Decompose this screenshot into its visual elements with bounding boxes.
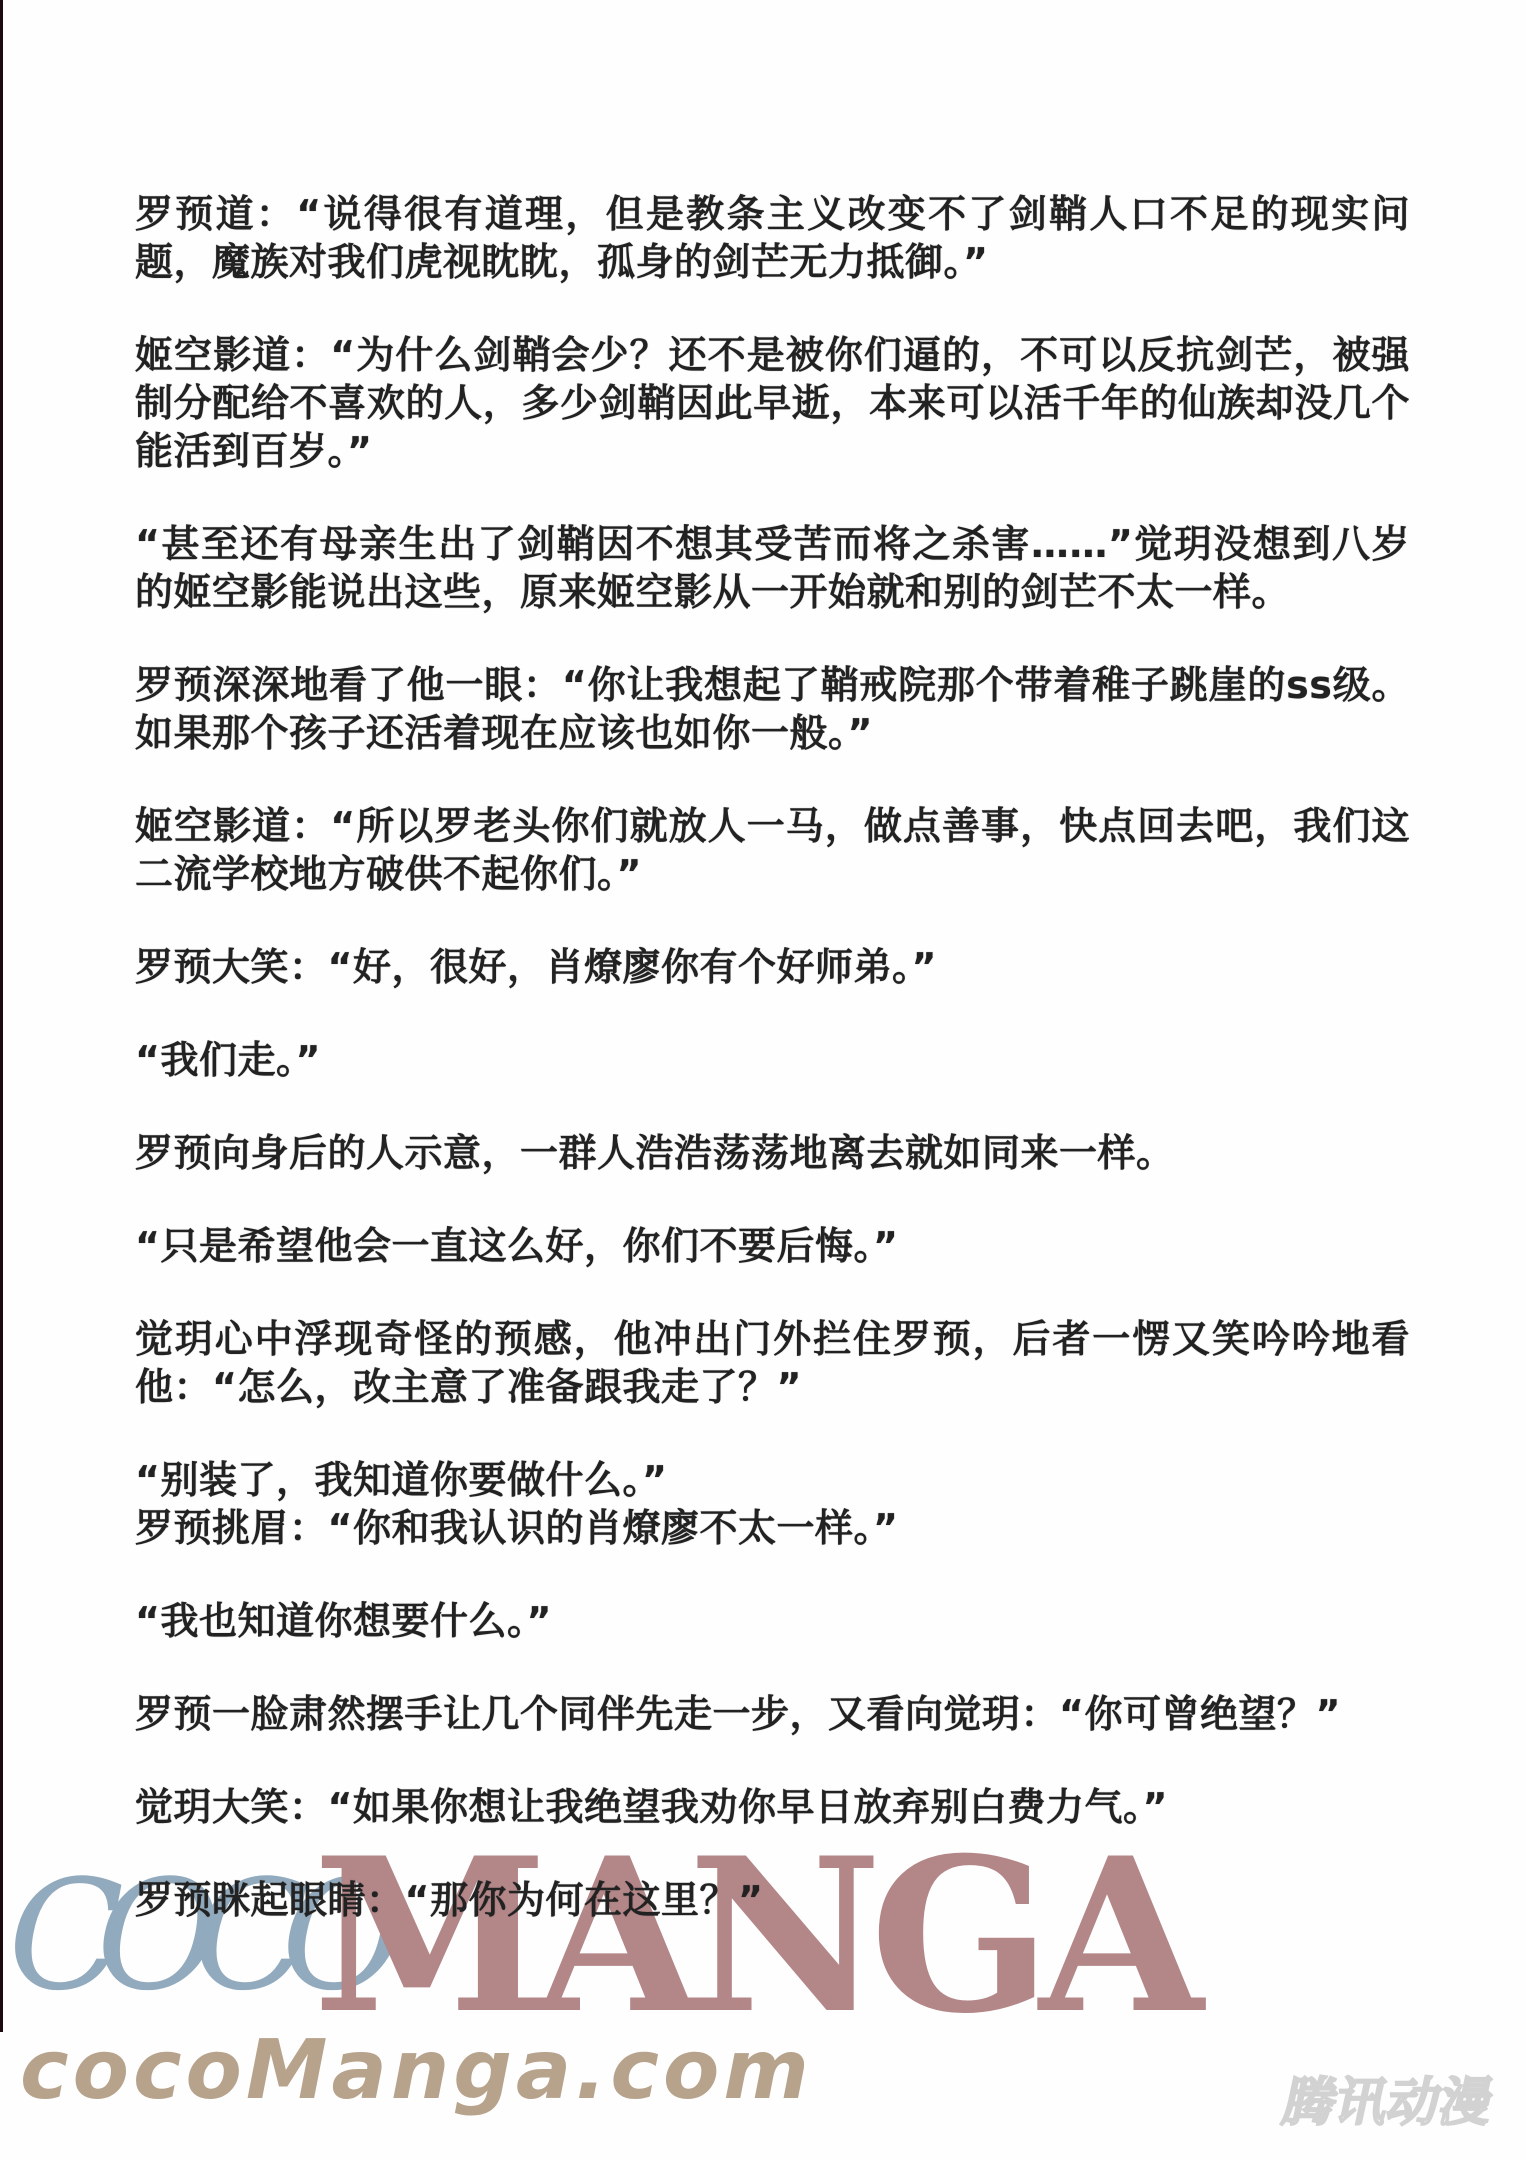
manga-text-page: COCO MANGA cocoManga.com 腾讯动漫 罗预道：“说得很有道…: [0, 0, 1526, 2160]
paragraph: “我们走。”: [135, 1036, 1410, 1084]
paragraph: “别装了，我知道你要做什么。” 罗预挑眉：“你和我认识的肖燎廖不太一样。”: [135, 1456, 1410, 1552]
page-left-border: [0, 0, 3, 2032]
tencent-comics-watermark: 腾讯动漫: [1277, 2072, 1498, 2134]
paragraph: 姬空影道：“为什么剑鞘会少？还不是被你们逼的，不可以反抗剑芒，被强制分配给不喜欢…: [135, 331, 1410, 475]
paragraph: 罗预眯起眼睛：“那你为何在这里？”: [135, 1876, 1410, 1924]
novel-text-block: 罗预道：“说得很有道理，但是教条主义改变不了剑鞘人口不足的现实问题，魔族对我们虎…: [135, 190, 1410, 1969]
paragraph: “我也知道你想要什么。”: [135, 1597, 1410, 1645]
paragraph: 罗预道：“说得很有道理，但是教条主义改变不了剑鞘人口不足的现实问题，魔族对我们虎…: [135, 190, 1410, 286]
paragraph: “只是希望他会一直这么好，你们不要后悔。”: [135, 1222, 1410, 1270]
paragraph: 罗预一脸肃然摆手让几个同伴先走一步，又看向觉玥：“你可曾绝望？”: [135, 1690, 1410, 1738]
paragraph: 罗预大笑：“好，很好，肖燎廖你有个好师弟。”: [135, 943, 1410, 991]
paragraph: 觉玥心中浮现奇怪的预感，他冲出门外拦住罗预，后者一愣又笑吟吟地看他：“怎么，改主…: [135, 1315, 1410, 1411]
paragraph: “甚至还有母亲生出了剑鞘因不想其受苦而将之杀害……”觉玥没想到八岁的姬空影能说出…: [135, 520, 1410, 616]
paragraph: 姬空影道：“所以罗老头你们就放人一马，做点善事，快点回去吧，我们这二流学校地方破…: [135, 802, 1410, 898]
site-url-watermark: cocoManga.com: [20, 2026, 813, 2116]
paragraph: 觉玥大笑：“如果你想让我绝望我劝你早日放弃别白费力气。”: [135, 1783, 1410, 1831]
paragraph: 罗预向身后的人示意，一群人浩浩荡荡地离去就如同来一样。: [135, 1129, 1410, 1177]
paragraph: 罗预深深地看了他一眼：“你让我想起了鞘戒院那个带着稚子跳崖的ss级。如果那个孩子…: [135, 661, 1410, 757]
